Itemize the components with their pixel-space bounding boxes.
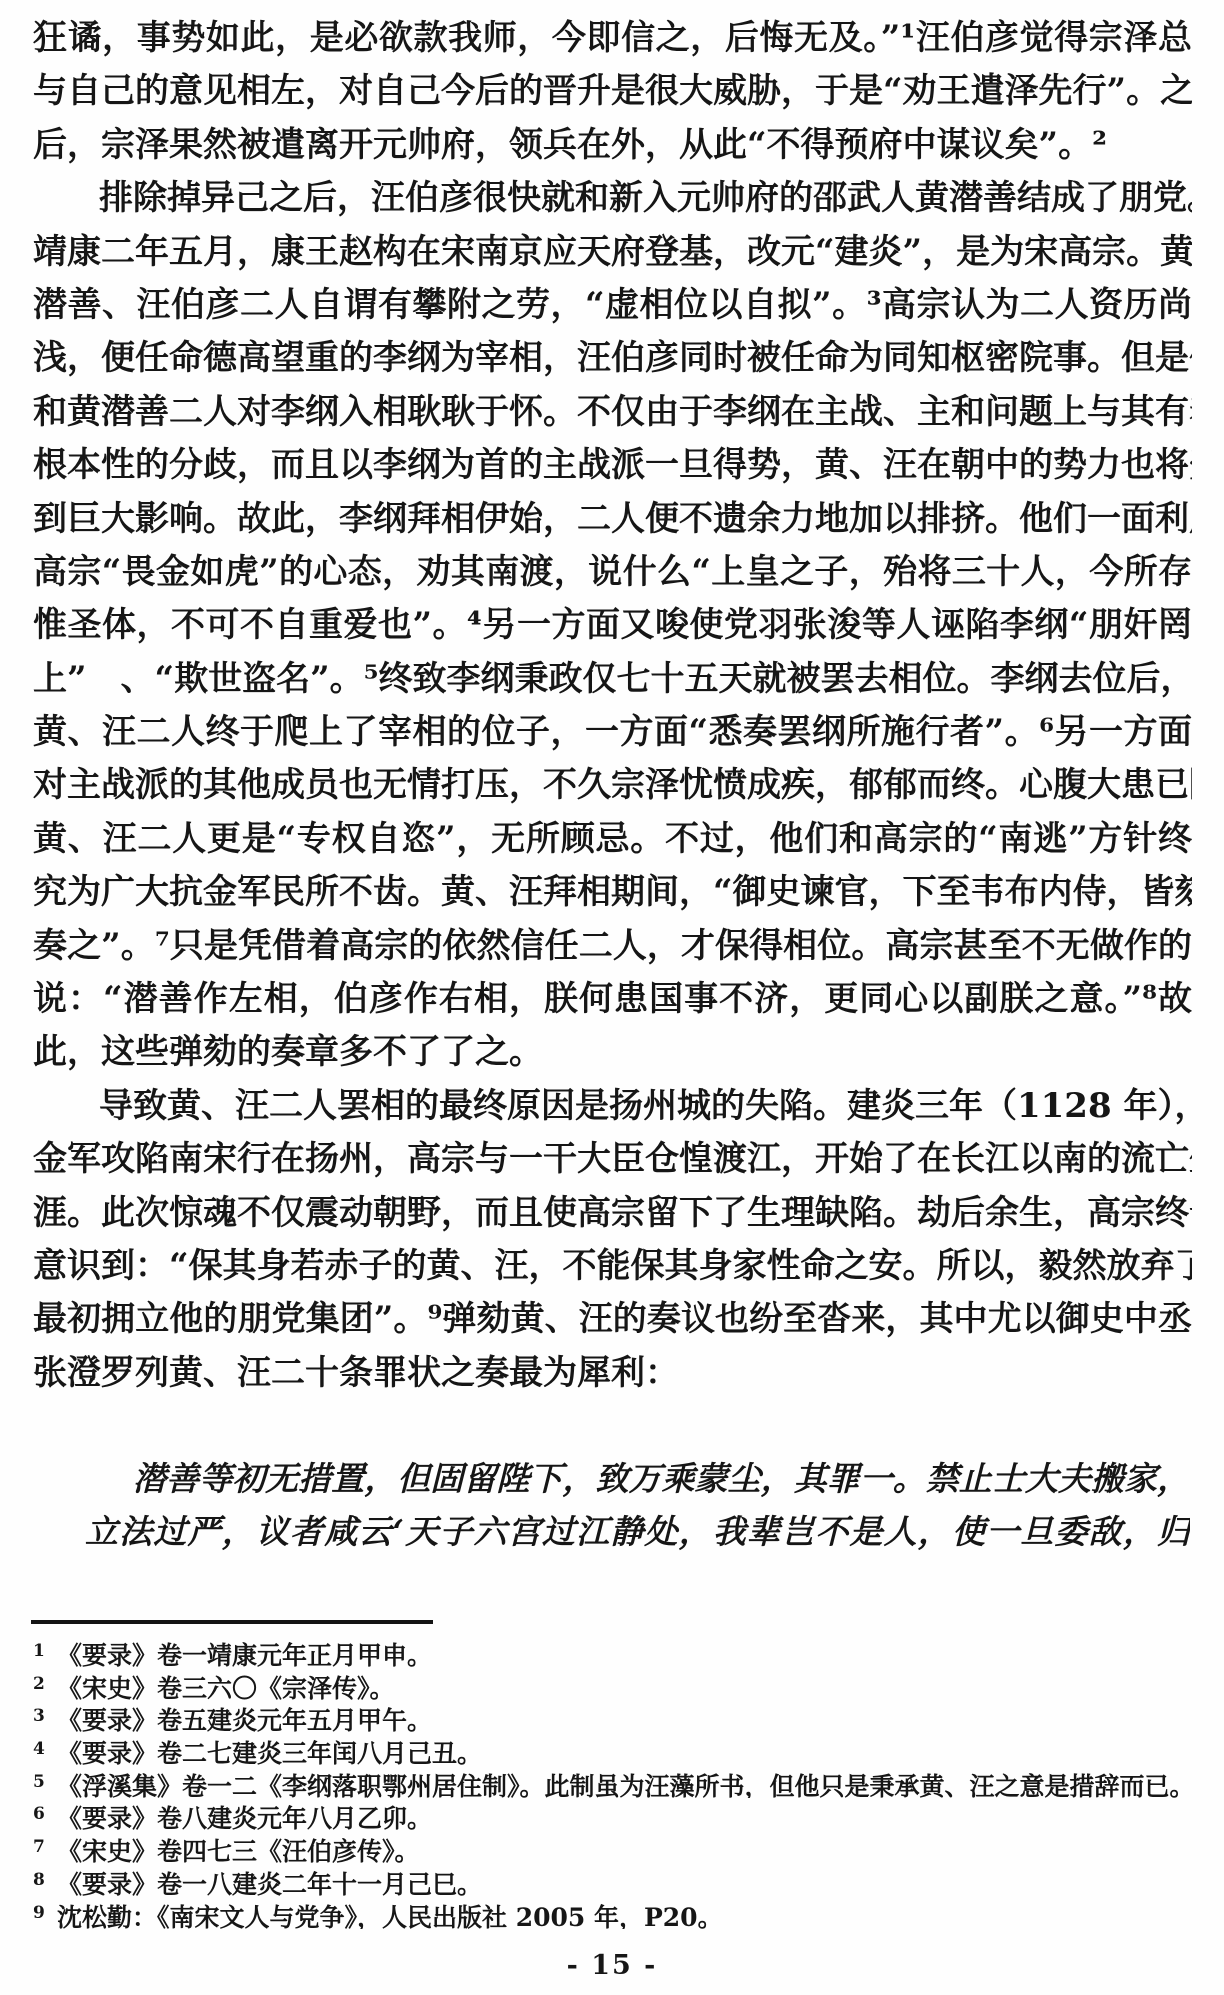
block-quote: 潜善等初无措置，但固留陛下，致万乘蒙尘，其罪一。禁止士大夫搬家，立法过严，议者咸…	[85, 1452, 1190, 1558]
text-line: 根本性的分歧，而且以李纲为首的主战派一旦得势，黄、汪在朝中的势力也将受	[33, 439, 1192, 492]
text-line: 与自己的意见相左，对自己今后的晋升是很大威胁，于是“劝王遣泽先行”。之	[33, 65, 1192, 118]
page-number: - 15 -	[0, 1950, 1224, 1981]
footnote-text: 沈松勤：《南宋文人与党争》，人民出版社 2005 年，P20。	[57, 1903, 723, 1930]
footnote: 5《浮溪集》卷一二《李纲落职鄂州居住制》。此制虽为汪藻所书，但他只是秉承黄、汪之…	[33, 1766, 1195, 1799]
text-line: 和黄潜善二人对李纲入相耿耿于怀。不仅由于李纲在主战、主和问题上与其有着	[33, 386, 1192, 439]
footnote: 6《要录》卷八建炎元年八月乙卯。	[33, 1798, 1195, 1831]
footnote-marker: 6	[33, 1798, 57, 1831]
text-line: 对主战派的其他成员也无情打压，不久宗泽忧愤成疾，郁郁而终。心腹大患已除，	[33, 759, 1192, 812]
footnote-marker: 3	[33, 1700, 57, 1733]
footnote-divider	[31, 1620, 433, 1624]
footnote: 9沈松勤：《南宋文人与党争》，人民出版社 2005 年，P20。	[33, 1897, 1195, 1930]
footnote-list: 1《要录》卷一靖康元年正月甲申。2《宋史》卷三六〇《宗泽传》。3《要录》卷五建炎…	[33, 1635, 1195, 1929]
text-line: 最初拥立他的朋党集团”。⁹弹劾黄、汪的奏议也纷至沓来，其中尤以御史中丞	[33, 1293, 1192, 1346]
text-line: 导致黄、汪二人罢相的最终原因是扬州城的失陷。建炎三年（1128 年），	[33, 1080, 1192, 1133]
text-line: 靖康二年五月，康王赵构在宋南京应天府登基，改元“建炎”，是为宋高宗。黄	[33, 226, 1192, 279]
footnote: 7《宋史》卷四七三《汪伯彦传》。	[33, 1831, 1195, 1864]
text-line: 后，宗泽果然被遣离开元帅府，领兵在外，从此“不得预府中谋议矣”。²	[33, 119, 1192, 172]
text-line: 惟圣体，不可不自重爱也”。⁴另一方面又唆使党羽张浚等人诬陷李纲“朋奸罔	[33, 599, 1192, 652]
footnote: 3《要录》卷五建炎元年五月甲午。	[33, 1700, 1195, 1733]
text-line: 金军攻陷南宋行在扬州，高宗与一干大臣仓惶渡江，开始了在长江以南的流亡生	[33, 1133, 1192, 1186]
text-line: 意识到：“保其身若赤子的黄、汪，不能保其身家性命之安。所以，毅然放弃了	[33, 1240, 1192, 1293]
footnote-marker: 5	[33, 1766, 57, 1799]
text-line: 排除掉异己之后，汪伯彦很快就和新入元帅府的邵武人黄潜善结成了朋党。	[33, 172, 1192, 225]
text-line: 狂谲，事势如此，是必欲款我师，今即信之，后悔无及。”¹汪伯彦觉得宗泽总	[33, 12, 1192, 65]
footnote-text: 《要录》卷五建炎元年五月甲午。	[57, 1706, 432, 1733]
text-line: 浅，便任命德高望重的李纲为宰相，汪伯彦同时被任命为同知枢密院事。但是他	[33, 332, 1192, 385]
text-line: 高宗“畏金如虎”的心态，劝其南渡，说什么“上皇之子，殆将三十人，今所存	[33, 546, 1192, 599]
footnote-text: 《宋史》卷三六〇《宗泽传》。	[57, 1674, 395, 1701]
footnote-text: 《浮溪集》卷一二《李纲落职鄂州居住制》。此制虽为汪藻所书，但他只是秉承黄、汪之意…	[57, 1772, 1195, 1799]
text-line: 黄、汪二人更是“专权自恣”，无所顾忌。不过，他们和高宗的“南逃”方针终	[33, 813, 1192, 866]
paragraph: 狂谲，事势如此，是必欲款我师，今即信之，后悔无及。”¹汪伯彦觉得宗泽总与自己的意…	[33, 12, 1192, 172]
text-line: 潜善、汪伯彦二人自谓有攀附之劳，“虚相位以自拟”。³高宗认为二人资历尚	[33, 279, 1192, 332]
text-line: 涯。此次惊魂不仅震动朝野，而且使高宗留下了生理缺陷。劫后余生，高宗终于	[33, 1187, 1192, 1240]
text-line: 张澄罗列黄、汪二十条罪状之奏最为犀利：	[33, 1347, 1192, 1400]
text-line: 黄、汪二人终于爬上了宰相的位子，一方面“悉奏罢纲所施行者”。⁶另一方面	[33, 706, 1192, 759]
footnote-marker: 9	[33, 1897, 57, 1930]
footnote: 8《要录》卷一八建炎二年十一月己巳。	[33, 1864, 1195, 1897]
footnote-text: 《要录》卷八建炎元年八月乙卯。	[57, 1804, 432, 1831]
text-line: 立法过严，议者咸云‘天子六宫过江静处，我辈岂不是人，使一旦委敌，归	[85, 1505, 1190, 1558]
text-line: 潜善等初无措置，但固留陛下，致万乘蒙尘，其罪一。禁止士大夫搬家，	[85, 1452, 1190, 1505]
footnote: 2《宋史》卷三六〇《宗泽传》。	[33, 1668, 1195, 1701]
footnote-text: 《要录》卷一靖康元年正月甲申。	[57, 1641, 432, 1668]
footnote-text: 《要录》卷二七建炎三年闰八月己丑。	[57, 1739, 482, 1766]
text-line: 到巨大影响。故此，李纲拜相伊始，二人便不遗余力地加以排挤。他们一面利用	[33, 493, 1192, 546]
footnote-marker: 8	[33, 1864, 57, 1897]
text-line: 上” 、“欺世盗名”。⁵终致李纲秉政仅七十五天就被罢去相位。李纲去位后，	[33, 653, 1192, 706]
text-line: 奏之”。⁷只是凭借着高宗的依然信任二人，才保得相位。高宗甚至不无做作的	[33, 920, 1192, 973]
footnote-marker: 2	[33, 1668, 57, 1701]
footnote: 1《要录》卷一靖康元年正月甲申。	[33, 1635, 1195, 1668]
document-page: 狂谲，事势如此，是必欲款我师，今即信之，后悔无及。”¹汪伯彦觉得宗泽总与自己的意…	[0, 0, 1224, 1995]
paragraph: 导致黄、汪二人罢相的最终原因是扬州城的失陷。建炎三年（1128 年），金军攻陷南…	[33, 1080, 1192, 1400]
footnote-marker: 4	[33, 1733, 57, 1766]
footnote-text: 《宋史》卷四七三《汪伯彦传》。	[57, 1837, 420, 1864]
footnote-marker: 7	[33, 1831, 57, 1864]
body-text: 狂谲，事势如此，是必欲款我师，今即信之，后悔无及。”¹汪伯彦觉得宗泽总与自己的意…	[33, 12, 1192, 1400]
text-line: 说：“潜善作左相，伯彦作右相，朕何患国事不济，更同心以副朕之意。”⁸故	[33, 973, 1192, 1026]
footnote: 4《要录》卷二七建炎三年闰八月己丑。	[33, 1733, 1195, 1766]
footnote-text: 《要录》卷一八建炎二年十一月己巳。	[57, 1870, 482, 1897]
text-line: 究为广大抗金军民所不齿。黄、汪拜相期间，“御史谏官，下至韦布内侍，皆劾	[33, 866, 1192, 919]
footnote-marker: 1	[33, 1635, 57, 1668]
paragraph: 潜善等初无措置，但固留陛下，致万乘蒙尘，其罪一。禁止士大夫搬家，立法过严，议者咸…	[85, 1452, 1190, 1558]
text-line: 此，这些弹劾的奏章多不了了之。	[33, 1026, 1192, 1079]
paragraph: 排除掉异己之后，汪伯彦很快就和新入元帅府的邵武人黄潜善结成了朋党。靖康二年五月，…	[33, 172, 1192, 1080]
